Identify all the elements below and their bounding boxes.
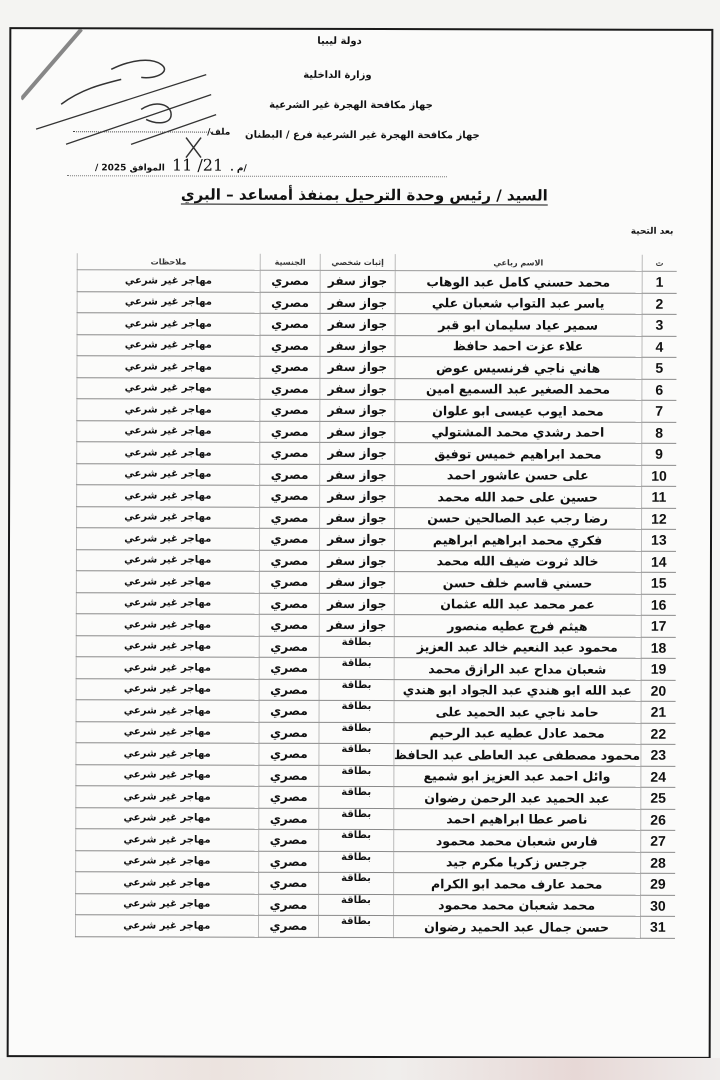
- row-name: شعبان مداح عبد الرازق محمد: [394, 658, 641, 680]
- row-id-document: جواز سفر: [320, 507, 394, 529]
- row-notes: مهاجر غير شرعي: [75, 915, 258, 937]
- row-id-document: جواز سفر: [320, 464, 394, 486]
- row-name: محمد ابراهيم خميس توفيق: [394, 443, 641, 465]
- row-nationality: مصري: [258, 851, 319, 873]
- header-state: دولة ليبيا: [317, 36, 361, 47]
- table-row: 27فارس شعبان محمد محمودبطاقةمصريمهاجر غي…: [76, 829, 676, 852]
- table-row: 19شعبان مداح عبد الرازق محمدبطاقةمصريمها…: [76, 657, 676, 680]
- row-number: 23: [641, 744, 676, 766]
- col-notes: ملاحظات: [77, 253, 260, 270]
- row-name: حامد ناجي عبد الحميد على: [394, 701, 641, 723]
- row-id-document: بطاقة: [319, 786, 393, 808]
- row-nationality: مصري: [259, 528, 320, 550]
- row-notes: مهاجر غير شرعي: [76, 872, 259, 894]
- row-id-document: جواز سفر: [320, 356, 394, 378]
- row-name: حسني قاسم خلف حسن: [394, 572, 641, 594]
- row-id-document: بطاقة: [319, 894, 393, 916]
- row-nationality: مصري: [259, 657, 320, 679]
- row-number: 24: [641, 766, 676, 788]
- row-nationality: مصري: [260, 270, 321, 292]
- row-notes: مهاجر غير شرعي: [76, 893, 259, 915]
- row-nationality: مصري: [260, 313, 321, 335]
- row-number: 11: [641, 486, 676, 508]
- row-name: علاء عزت احمد حافظ: [395, 335, 642, 357]
- header-agency: جهاز مكافحة الهجرة غير الشرعية: [269, 100, 433, 111]
- table-row: 24وائل احمد عبد العزيز ابو شميعبطاقةمصري…: [76, 764, 676, 787]
- row-id-document: جواز سفر: [320, 313, 394, 335]
- row-name: ناصر عطا ابراهيم احمد: [393, 808, 640, 830]
- table-row: 31حسن جمال عبد الحميد رضوانبطاقةمصريمهاج…: [75, 915, 675, 938]
- row-nationality: مصري: [259, 464, 320, 486]
- row-nationality: مصري: [258, 765, 319, 787]
- row-number: 30: [640, 895, 675, 917]
- table-row: 25عبد الحميد عبد الرحمن رضوانبطاقةمصريمه…: [76, 786, 676, 809]
- row-name: رضا رجب عبد الصالحين حسن: [394, 507, 641, 529]
- table-row: 18محمود عبد النعيم خالد عبد العزيزبطاقةم…: [76, 635, 676, 658]
- table-row: 10على حسن عاشور احمدجواز سفرمصريمهاجر غي…: [77, 463, 677, 486]
- row-number: 15: [641, 572, 676, 594]
- table-row: 21حامد ناجي عبد الحميد علىبطاقةمصريمهاجر…: [76, 700, 676, 723]
- row-name: عبد الله ابو هندي عبد الجواد ابو هندي: [394, 679, 641, 701]
- row-id-document: جواز سفر: [320, 270, 394, 292]
- row-nationality: مصري: [259, 485, 320, 507]
- separator-dotted: [67, 175, 447, 177]
- row-id-document: جواز سفر: [320, 335, 394, 357]
- row-notes: مهاجر غير شرعي: [76, 721, 259, 743]
- table-row: 15حسني قاسم خلف حسنجواز سفرمصريمهاجر غير…: [76, 571, 676, 594]
- row-number: 2: [642, 293, 677, 315]
- table-row: 14خالد ثروت ضيف الله محمدجواز سفرمصريمها…: [76, 549, 676, 572]
- row-name: عمر محمد عبد الله عثمان: [394, 593, 641, 615]
- addressee-heading: السيد / رئيس وحدة الترحيل بمنفذ أمساعد –…: [181, 186, 548, 205]
- row-notes: مهاجر غير شرعي: [76, 528, 259, 550]
- row-notes: مهاجر غير شرعي: [76, 678, 259, 700]
- row-id-document: جواز سفر: [320, 485, 394, 507]
- table-row: 7محمد ايوب عيسى ابو علوانجواز سفرمصريمها…: [77, 399, 677, 422]
- row-id-document: بطاقة: [319, 872, 393, 894]
- row-name: فارس شعبان محمد محمود: [393, 830, 640, 852]
- row-nationality: مصري: [259, 636, 320, 658]
- row-id-document: جواز سفر: [320, 593, 394, 615]
- row-name: ياسر عبد التواب شعبان علي: [395, 292, 642, 314]
- row-id-document: بطاقة: [319, 700, 393, 722]
- row-notes: مهاجر غير شرعي: [76, 743, 259, 765]
- row-nationality: مصري: [259, 593, 320, 615]
- row-number: 3: [642, 314, 677, 336]
- row-id-document: بطاقة: [319, 808, 393, 830]
- date-line: / 2025 م . 21/ 11 الموافق/: [95, 155, 247, 174]
- row-id-document: بطاقة: [319, 765, 393, 787]
- row-number: 12: [641, 508, 676, 530]
- row-nationality: مصري: [258, 786, 319, 808]
- table-row: 22محمد عادل عطيه عبد الرحيمبطاقةمصريمهاج…: [76, 721, 676, 744]
- row-nationality: مصري: [259, 356, 320, 378]
- row-notes: مهاجر غير شرعي: [77, 377, 260, 399]
- table-row: 12رضا رجب عبد الصالحين حسنجواز سفرمصريمه…: [77, 506, 677, 529]
- table-row: 5هاني ناجي فرنسيس عوضجواز سفرمصريمهاجر غ…: [77, 356, 677, 379]
- row-number: 14: [641, 551, 676, 573]
- table-row: 3سمير عياد سليمان ابو قبرجواز سفرمصريمها…: [77, 313, 677, 336]
- row-number: 13: [641, 529, 676, 551]
- row-number: 19: [641, 658, 676, 680]
- row-id-document: جواز سفر: [320, 292, 394, 314]
- row-nationality: مصري: [258, 872, 319, 894]
- row-notes: مهاجر غير شرعي: [76, 657, 259, 679]
- row-name: سمير عياد سليمان ابو قبر: [395, 314, 642, 336]
- row-number: 18: [641, 637, 676, 659]
- col-id-document: إثبات شخصي: [320, 254, 394, 271]
- row-notes: مهاجر غير شرعي: [76, 700, 259, 722]
- row-name: محمد شعبان محمد محمود: [393, 894, 640, 916]
- row-notes: مهاجر غير شرعي: [76, 764, 259, 786]
- table-row: 8احمد رشدي محمد المشتوليجواز سفرمصريمهاج…: [77, 420, 677, 443]
- row-id-document: جواز سفر: [320, 528, 394, 550]
- row-number: 10: [641, 465, 676, 487]
- row-notes: مهاجر غير شرعي: [76, 549, 259, 571]
- row-id-document: بطاقة: [319, 829, 393, 851]
- row-name: فكري محمد ابراهيم ابراهيم: [394, 529, 641, 551]
- row-notes: مهاجر غير شرعي: [77, 463, 260, 485]
- row-nationality: مصري: [259, 679, 320, 701]
- row-name: على حسن عاشور احمد: [394, 464, 641, 486]
- row-name: جرجس زكريا مكرم جيد: [393, 851, 640, 873]
- row-name: محمد ايوب عيسى ابو علوان: [394, 400, 641, 422]
- table-row: 23محمود مصطفى عبد العاطى عبد الحافظبطاقة…: [76, 743, 676, 766]
- row-nationality: مصري: [258, 829, 319, 851]
- table-row: 20عبد الله ابو هندي عبد الجواد ابو هنديب…: [76, 678, 676, 701]
- row-number: 17: [641, 615, 676, 637]
- row-name: محمود عبد النعيم خالد عبد العزيز: [394, 636, 641, 658]
- row-nationality: مصري: [260, 335, 321, 357]
- row-id-document: جواز سفر: [320, 614, 394, 636]
- row-nationality: مصري: [259, 700, 320, 722]
- row-nationality: مصري: [259, 399, 320, 421]
- table-row: 6محمد الصغير عبد السميع امينجواز سفرمصري…: [77, 377, 677, 400]
- row-nationality: مصري: [259, 550, 320, 572]
- row-nationality: مصري: [259, 614, 320, 636]
- row-id-document: جواز سفر: [320, 442, 394, 464]
- row-name: محمد عادل عطيه عبد الرحيم: [394, 722, 641, 744]
- row-id-document: بطاقة: [319, 743, 393, 765]
- row-name: احمد رشدي محمد المشتولي: [394, 421, 641, 443]
- row-id-document: بطاقة: [319, 657, 393, 679]
- table-row: 16عمر محمد عبد الله عثمانجواز سفرمصريمها…: [76, 592, 676, 615]
- row-name: محمد الصغير عبد السميع امين: [394, 378, 641, 400]
- row-number: 5: [642, 357, 677, 379]
- table-header-row: ت الاسم رباعي إثبات شخصي الجنسية ملاحظات: [77, 253, 677, 271]
- migrants-table: ت الاسم رباعي إثبات شخصي الجنسية ملاحظات…: [75, 253, 677, 938]
- row-id-document: بطاقة: [319, 915, 393, 937]
- row-name: هيثم فرج عطيه منصور: [394, 615, 641, 637]
- row-id-document: بطاقة: [319, 722, 393, 744]
- row-notes: مهاجر غير شرعي: [76, 807, 259, 829]
- row-id-document: جواز سفر: [320, 421, 394, 443]
- row-number: 21: [641, 701, 676, 723]
- greeting: بعد التحية: [631, 227, 674, 237]
- row-notes: مهاجر غير شرعي: [76, 635, 259, 657]
- file-label: ملف/: [207, 128, 230, 138]
- table-row: 29محمد عارف محمد ابو الكرامبطاقةمصريمهاج…: [76, 872, 676, 895]
- row-number: 8: [641, 422, 676, 444]
- row-number: 9: [641, 443, 676, 465]
- row-nationality: مصري: [258, 808, 319, 830]
- row-number: 20: [641, 680, 676, 702]
- row-notes: مهاجر غير شرعي: [77, 420, 260, 442]
- row-nationality: مصري: [259, 378, 320, 400]
- row-nationality: مصري: [259, 722, 320, 744]
- row-notes: مهاجر غير شرعي: [77, 399, 260, 421]
- table-row: 4علاء عزت احمد حافظجواز سفرمصريمهاجر غير…: [77, 334, 677, 357]
- table-row: 2ياسر عبد التواب شعبان عليجواز سفرمصريمه…: [77, 291, 677, 314]
- table-row: 9محمد ابراهيم خميس توفيقجواز سفرمصريمهاج…: [77, 442, 677, 465]
- row-id-document: بطاقة: [319, 851, 393, 873]
- row-name: محمد حسني كامل عبد الوهاب: [395, 271, 642, 293]
- row-number: 27: [640, 830, 675, 852]
- row-id-document: بطاقة: [319, 679, 393, 701]
- row-notes: مهاجر غير شرعي: [77, 291, 260, 313]
- row-name: حسين على حمد الله محمد: [394, 486, 641, 508]
- row-notes: مهاجر غير شرعي: [77, 313, 260, 335]
- row-name: خالد ثروت ضيف الله محمد: [394, 550, 641, 572]
- row-number: 4: [642, 336, 677, 358]
- row-nationality: مصري: [258, 894, 319, 916]
- row-number: 22: [641, 723, 676, 745]
- row-notes: مهاجر غير شرعي: [77, 506, 260, 528]
- row-name: عبد الحميد عبد الرحمن رضوان: [393, 787, 640, 809]
- row-nationality: مصري: [259, 507, 320, 529]
- row-notes: مهاجر غير شرعي: [77, 442, 260, 464]
- row-number: 25: [640, 787, 675, 809]
- row-notes: مهاجر غير شرعي: [76, 614, 259, 636]
- col-nationality: الجنسية: [260, 254, 321, 271]
- row-notes: مهاجر غير شرعي: [76, 786, 259, 808]
- row-notes: مهاجر غير شرعي: [76, 592, 259, 614]
- row-notes: مهاجر غير شرعي: [77, 356, 260, 378]
- row-number: 29: [640, 873, 675, 895]
- col-number: ت: [642, 255, 677, 272]
- row-name: محمود مصطفى عبد العاطى عبد الحافظ: [393, 744, 640, 766]
- row-number: 6: [642, 379, 677, 401]
- row-id-document: جواز سفر: [320, 550, 394, 572]
- row-notes: مهاجر غير شرعي: [77, 485, 260, 507]
- date-handwritten: 21/ 11: [172, 156, 223, 175]
- document-page: دولة ليبيا وزارة الداخلية جهاز مكافحة ال…: [7, 27, 714, 1059]
- row-notes: مهاجر غير شرعي: [77, 270, 260, 292]
- row-number: 16: [641, 594, 676, 616]
- row-nationality: مصري: [259, 571, 320, 593]
- row-number: 7: [641, 400, 676, 422]
- row-name: حسن جمال عبد الحميد رضوان: [393, 916, 640, 938]
- table-row: 17هيثم فرج عطيه منصورجواز سفرمصريمهاجر غ…: [76, 614, 676, 637]
- header-ministry: وزارة الداخلية: [303, 70, 371, 81]
- row-id-document: جواز سفر: [320, 399, 394, 421]
- table-row: 11حسين على حمد الله محمدجواز سفرمصريمهاج…: [77, 485, 677, 508]
- row-id-document: بطاقة: [319, 636, 393, 658]
- row-number: 28: [640, 852, 675, 874]
- row-id-document: جواز سفر: [320, 571, 394, 593]
- table-row: 1محمد حسني كامل عبد الوهابجواز سفرمصريمه…: [77, 270, 677, 293]
- table-row: 28جرجس زكريا مكرم جيدبطاقةمصريمهاجر غير …: [76, 850, 676, 873]
- handwritten-annotation-icon: [21, 29, 231, 160]
- row-number: 1: [642, 271, 677, 293]
- row-name: محمد عارف محمد ابو الكرام: [393, 873, 640, 895]
- row-number: 26: [640, 809, 675, 831]
- row-nationality: مصري: [259, 442, 320, 464]
- col-name: الاسم رباعي: [395, 254, 642, 271]
- row-nationality: مصري: [259, 421, 320, 443]
- table-row: 13فكري محمد ابراهيم ابراهيمجواز سفرمصريم…: [76, 528, 676, 551]
- table-row: 30محمد شعبان محمد محمودبطاقةمصريمهاجر غي…: [76, 893, 676, 916]
- row-name: وائل احمد عبد العزيز ابو شميع: [393, 765, 640, 787]
- row-notes: مهاجر غير شرعي: [76, 850, 259, 872]
- table-row: 26ناصر عطا ابراهيم احمدبطاقةمصريمهاجر غي…: [76, 807, 676, 830]
- row-nationality: مصري: [258, 743, 319, 765]
- row-nationality: مصري: [258, 915, 319, 937]
- row-name: هاني ناجي فرنسيس عوض: [394, 357, 641, 379]
- row-number: 31: [640, 916, 675, 938]
- background-edge: [0, 1058, 720, 1080]
- row-notes: مهاجر غير شرعي: [76, 571, 259, 593]
- row-notes: مهاجر غير شرعي: [77, 334, 260, 356]
- row-notes: مهاجر غير شرعي: [76, 829, 259, 851]
- row-id-document: جواز سفر: [320, 378, 394, 400]
- header-branch: جهاز مكافحة الهجرة غير الشرعية فرع / الب…: [245, 130, 480, 142]
- row-nationality: مصري: [260, 292, 321, 314]
